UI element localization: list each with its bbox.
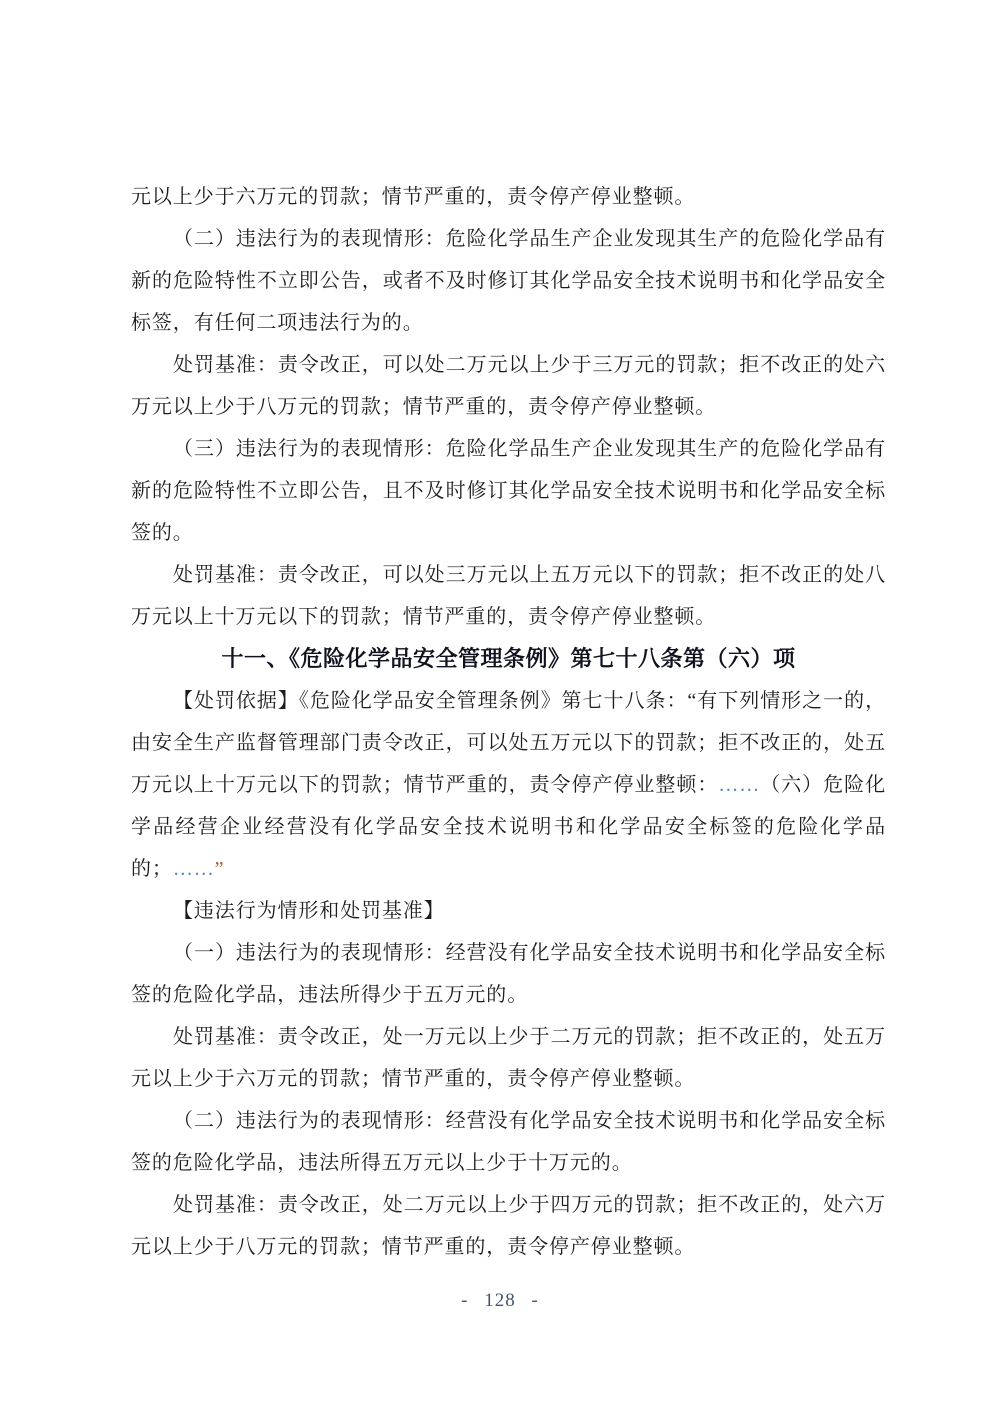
paragraph: 【处罚依据】《危险化学品安全管理条例》第七十八条：“有下列情形之一的，由安全生产… — [131, 680, 886, 890]
text-run: 十一、《危险化学品安全管理条例》第七十八条第（六）项 — [221, 646, 795, 671]
document-page: 元以上少于六万元的罚款；情节严重的，责令停产停业整顿。（二）违法行为的表现情形：… — [0, 0, 1000, 1414]
text-run: （二）违法行为的表现情形：危险化学品生产企业发现其生产的危险化学品有新的危险特性… — [131, 228, 886, 334]
paragraph: 处罚基准：责令改正，可以处三万元以上五万元以下的罚款；拒不改正的处八万元以上十万… — [131, 554, 886, 638]
paragraph: 【违法行为情形和处罚基准】 — [131, 890, 886, 932]
text-run: 处罚基准：责令改正，可以处三万元以上五万元以下的罚款；拒不改正的处八万元以上十万… — [131, 564, 886, 628]
text-run: （二）违法行为的表现情形：经营没有化学品安全技术说明书和化学品安全标签的危险化学… — [131, 1110, 886, 1174]
text-run: 处罚基准：责令改正，可以处二万元以上少于三万元的罚款；拒不改正的处六万元以上少于… — [131, 354, 886, 418]
paragraph: 处罚基准：责令改正，处二万元以上少于四万元的罚款；拒不改正的，处六万元以上少于八… — [131, 1184, 886, 1268]
text-run: 【违法行为情形和处罚基准】 — [173, 900, 445, 922]
paragraph: （二）违法行为的表现情形：经营没有化学品安全技术说明书和化学品安全标签的危险化学… — [131, 1100, 886, 1184]
text-run: （三）违法行为的表现情形：危险化学品生产企业发现其生产的危险化学品有新的危险特性… — [131, 438, 886, 544]
page-body: 元以上少于六万元的罚款；情节严重的，责令停产停业整顿。（二）违法行为的表现情形：… — [131, 176, 886, 1268]
page-number: - 128 - — [0, 1290, 1000, 1312]
colored-text-run: ” — [215, 858, 225, 880]
section-heading: 十一、《危险化学品安全管理条例》第七十八条第（六）项 — [131, 638, 886, 680]
paragraph: 处罚基准：责令改正，处一万元以上少于二万元的罚款；拒不改正的，处五万元以上少于六… — [131, 1016, 886, 1100]
paragraph: 处罚基准：责令改正，可以处二万元以上少于三万元的罚款；拒不改正的处六万元以上少于… — [131, 344, 886, 428]
paragraph: 元以上少于六万元的罚款；情节严重的，责令停产停业整顿。 — [131, 176, 886, 218]
paragraph: （二）违法行为的表现情形：危险化学品生产企业发现其生产的危险化学品有新的危险特性… — [131, 218, 886, 344]
colored-text-run: …… — [718, 774, 760, 796]
paragraph: （三）违法行为的表现情形：危险化学品生产企业发现其生产的危险化学品有新的危险特性… — [131, 428, 886, 554]
text-run: （一）违法行为的表现情形：经营没有化学品安全技术说明书和化学品安全标签的危险化学… — [131, 942, 886, 1006]
colored-text-run: …… — [173, 858, 215, 880]
text-run: 元以上少于六万元的罚款；情节严重的，责令停产停业整顿。 — [131, 186, 695, 208]
text-run: 处罚基准：责令改正，处二万元以上少于四万元的罚款；拒不改正的，处六万元以上少于八… — [131, 1194, 886, 1258]
paragraph: （一）违法行为的表现情形：经营没有化学品安全技术说明书和化学品安全标签的危险化学… — [131, 932, 886, 1016]
text-run: 处罚基准：责令改正，处一万元以上少于二万元的罚款；拒不改正的，处五万元以上少于六… — [131, 1026, 886, 1090]
